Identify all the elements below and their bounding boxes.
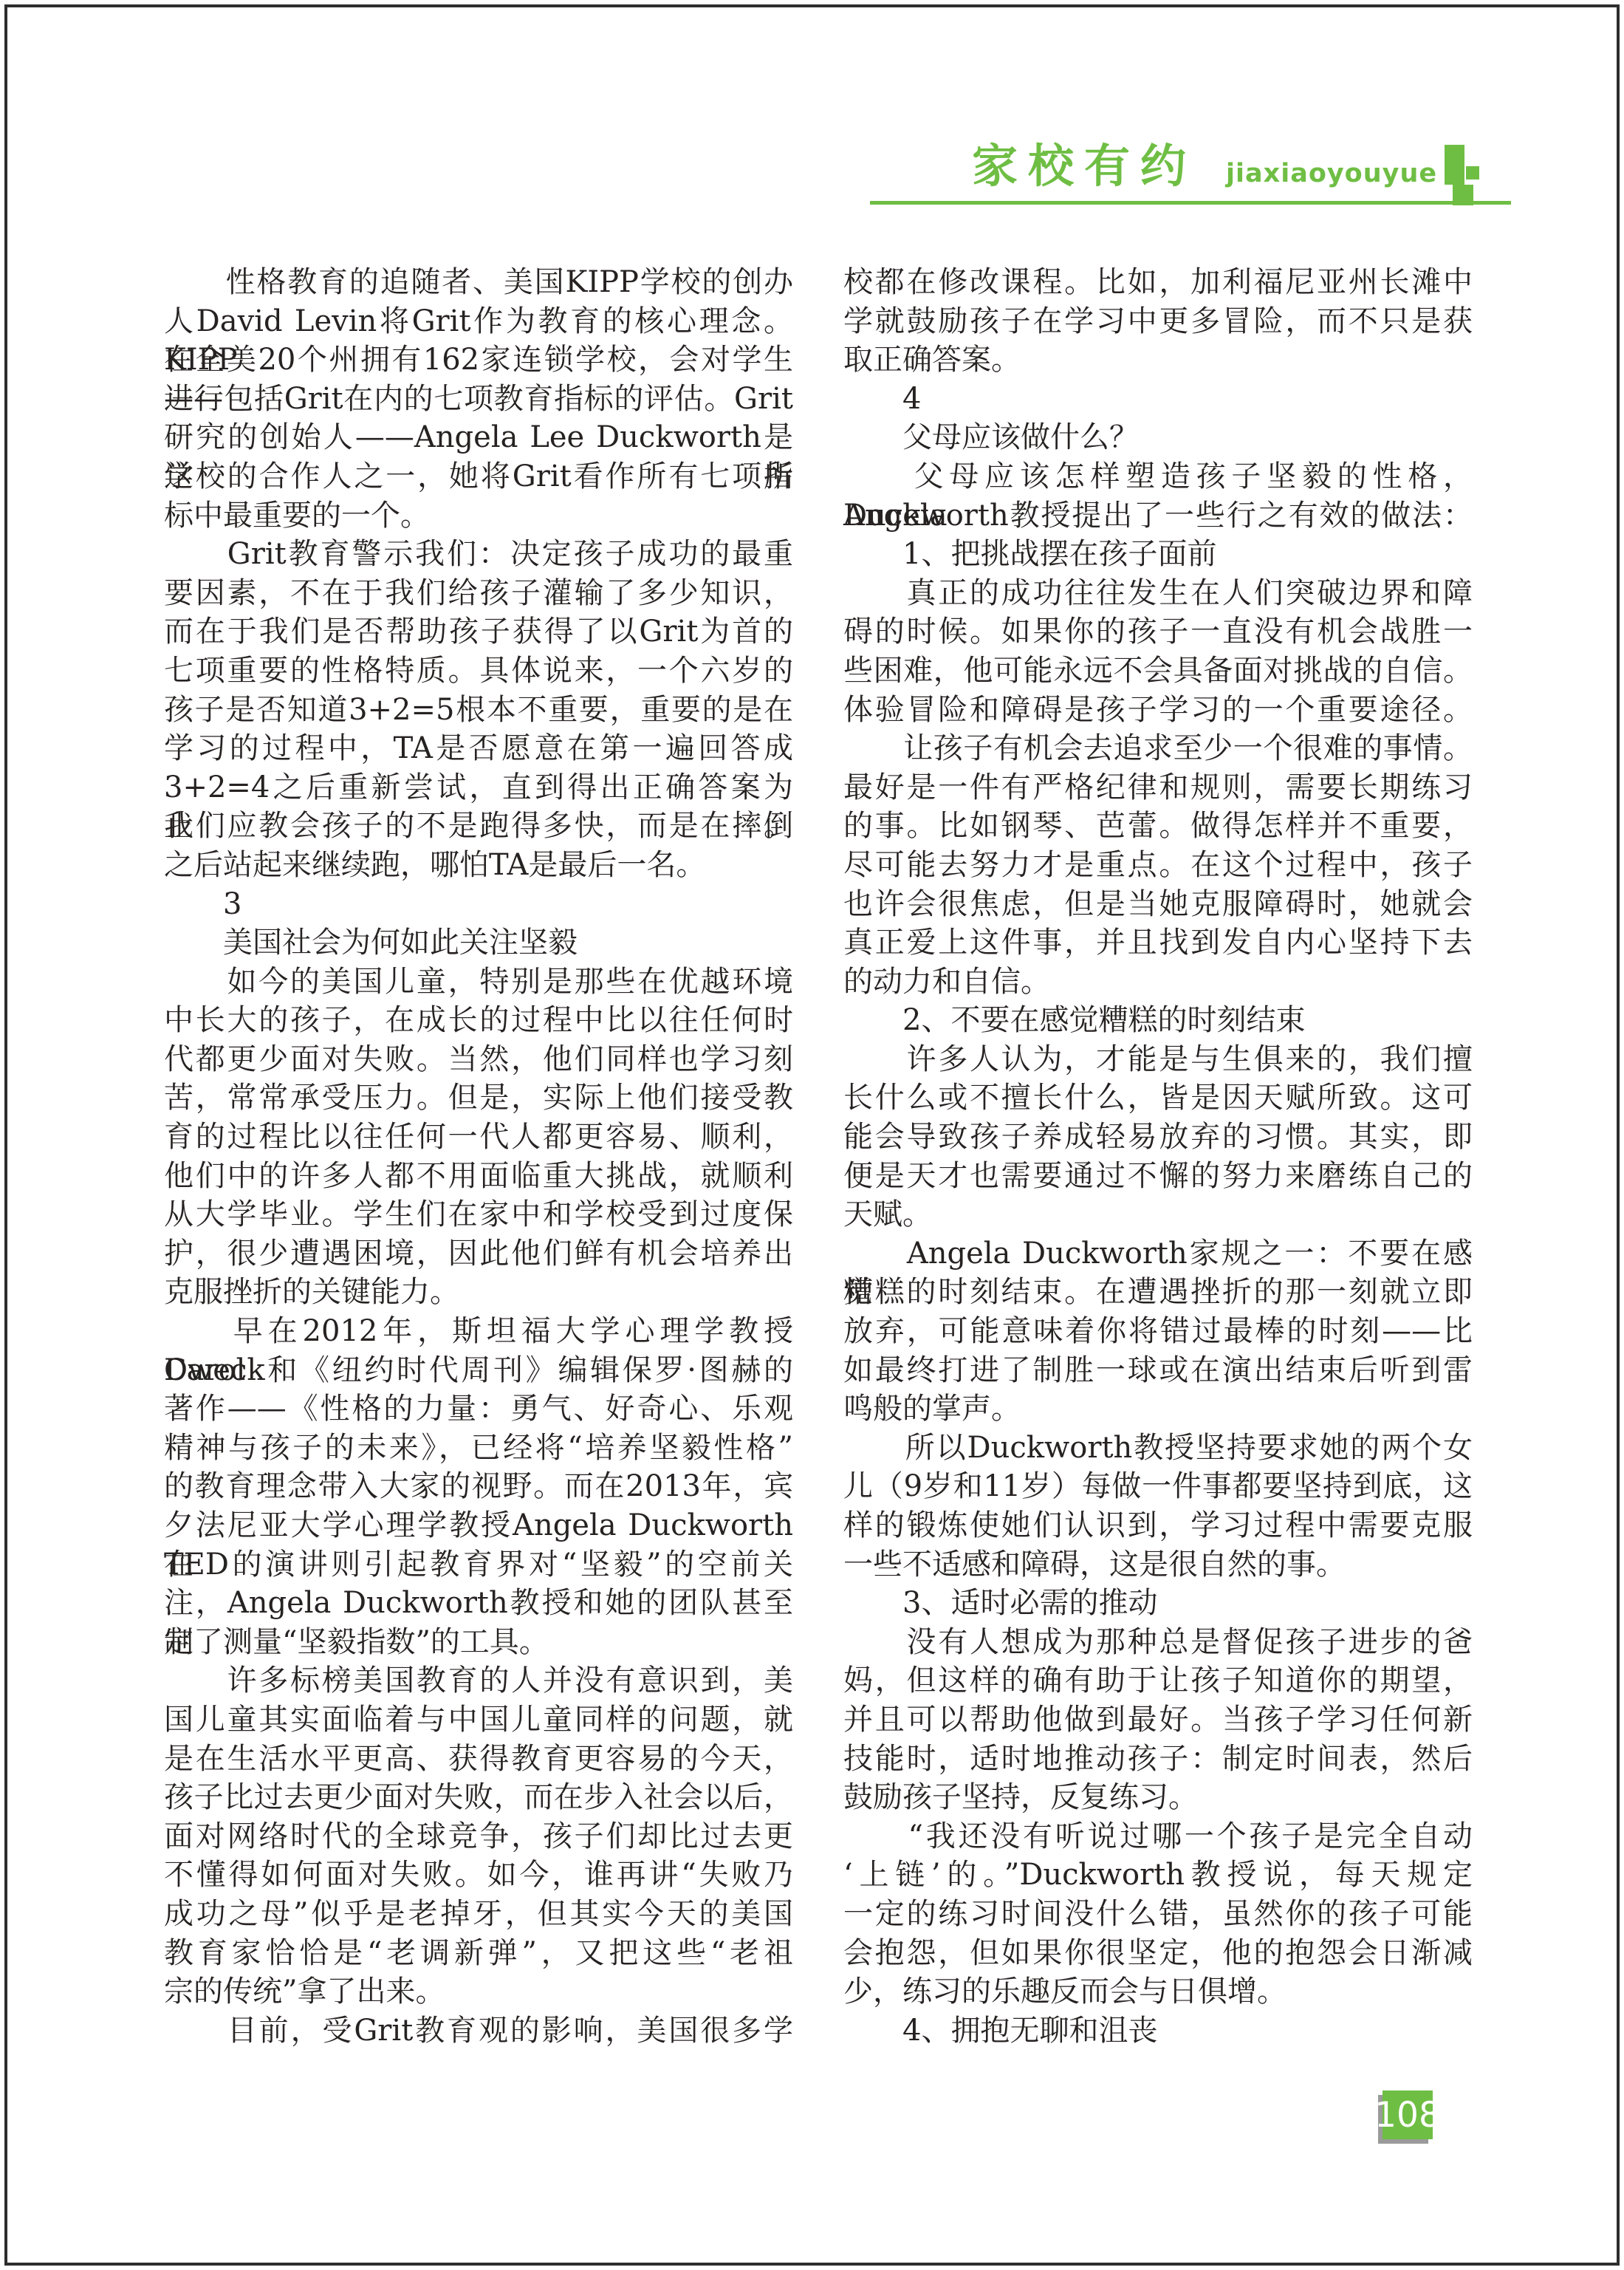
text-line: 4、拥抱无聊和沮丧: [843, 2011, 1473, 2051]
text-line: 样的锻炼使她们认识到，学习过程中需要克服: [843, 1506, 1473, 1545]
text-line: 教育家恰恰是“老调新弹”，又把这些“老祖: [164, 1934, 793, 1973]
text-line: 面对网络时代的全球竞争，孩子们却比过去更: [164, 1817, 793, 1856]
page-number: 108: [1374, 2098, 1441, 2133]
text-line: 少，练习的乐趣反而会与日俱增。: [843, 1972, 1473, 2011]
text-line: 孩子比过去更少面对失败，而在步入社会以后，: [164, 1778, 793, 1817]
text-line: 夕法尼亚大学心理学教授Angela Duckworth在: [164, 1506, 793, 1545]
text-line: 便是天才也需要通过不懈的努力来磨练自己的: [843, 1157, 1473, 1196]
text-line: 2、不要在感觉糟糕的时刻结束: [843, 1001, 1473, 1040]
text-line: 鸣般的掌声。: [843, 1389, 1473, 1429]
text-line: 如今的美国儿童，特别是那些在优越环境: [164, 963, 793, 1002]
page-title: 家校有约: [972, 143, 1196, 189]
page-number-badge: 108: [1383, 2090, 1433, 2139]
text-line: 注，Angela Duckworth教授和她的团队甚至制: [164, 1584, 793, 1623]
text-line: 长什么或不擅长什么，皆是因天赋所致。这可: [843, 1078, 1473, 1118]
text-line: 定了测量“坚毅指数”的工具。: [164, 1623, 793, 1662]
text-line: Duckworth教授提出了一些行之有效的做法：: [843, 496, 1473, 536]
text-line: 并且可以帮助他做到最好。当孩子学习任何新: [843, 1700, 1473, 1740]
text-line: 目前，受Grit教育观的影响，美国很多学: [164, 2011, 793, 2051]
text-line: 父母应该做什么？: [843, 418, 1473, 457]
text-line: 人David Levin将Grit作为教育的核心理念。KIPP: [164, 302, 793, 341]
text-line: 一定的练习时间没什么错，虽然你的孩子可能: [843, 1895, 1473, 1934]
text-line: 护，很少遭遇困境，因此他们鲜有机会培养出: [164, 1234, 793, 1274]
text-line: 精神与孩子的未来》，已经将“培养坚毅性格”: [164, 1429, 793, 1468]
text-line: TED的演讲则引起教育界对“坚毅”的空前关: [164, 1545, 793, 1584]
text-line: 放弃，可能意味着你将错过最棒的时刻——比: [843, 1312, 1473, 1351]
text-line: Grit教育警示我们：决定孩子成功的最重: [164, 535, 793, 574]
text-line: 之后站起来继续跑，哪怕TA是最后一名。: [164, 846, 793, 885]
text-line: 国儿童其实面临着与中国儿童同样的问题，就: [164, 1700, 793, 1740]
text-line: 能会导致孩子养成轻易放弃的习惯。其实，即: [843, 1118, 1473, 1157]
text-line: 会抱怨，但如果你很坚定，他的抱怨会日渐减: [843, 1934, 1473, 1973]
text-line: 孩子是否知道3+2=5根本不重要，重要的是在: [164, 691, 793, 730]
text-line: 宗的传统”拿了出来。: [164, 1972, 793, 2011]
text-line: 天赋。: [843, 1195, 1473, 1234]
text-line: 糟糕的时刻结束。在遭遇挫折的那一刻就立即: [843, 1273, 1473, 1312]
text-line: 不懂得如何面对失败。如今，谁再讲“失败乃: [164, 1856, 793, 1895]
text-line: 儿（9岁和11岁）每做一件事都要坚持到底，这: [843, 1467, 1473, 1506]
text-line: 在全美20个州拥有162家连锁学校，会对学生——: [164, 341, 793, 380]
text-line: 碍的时候。如果你的孩子一直没有机会战胜一: [843, 612, 1473, 652]
column-left: 性格教育的追随者、美国KIPP学校的创办人David Levin将Grit作为教…: [164, 263, 793, 2050]
page-header: 家校有约 jiaxiaoyouyue: [972, 143, 1437, 189]
text-line: 3: [164, 885, 793, 924]
text-line: 成功之母”似乎是老掉牙，但其实今天的美国: [164, 1895, 793, 1934]
page-subtitle: jiaxiaoyouyue: [1226, 160, 1437, 189]
text-line: 学校的合作人之一，她将Grit看作所有七项指: [164, 457, 793, 496]
text-line: 没有人想成为那种总是督促孩子进步的爸: [843, 1623, 1473, 1662]
text-line: 克服挫折的关键能力。: [164, 1273, 793, 1312]
text-line: 苦，常常承受压力。但是，实际上他们接受教: [164, 1078, 793, 1118]
text-line: 是在生活水平更高、获得教育更容易的今天，: [164, 1740, 793, 1779]
text-line: 代都更少面对失败。当然，他们同样也学习刻: [164, 1040, 793, 1079]
text-line: 从大学毕业。学生们在家中和学校受到过度保: [164, 1195, 793, 1234]
text-line: 父母应该怎样塑造孩子坚毅的性格，Angela: [843, 457, 1473, 496]
text-line: 育的过程比以往任何一代人都更容易、顺利，: [164, 1118, 793, 1157]
text-line: 他们中的许多人都不用面临重大挑战，就顺利: [164, 1157, 793, 1196]
text-line: 著作——《性格的力量：勇气、好奇心、乐观: [164, 1389, 793, 1429]
text-line: 如最终打进了制胜一球或在演出结束后听到雷: [843, 1351, 1473, 1390]
text-line: 1、把挑战摆在孩子面前: [843, 535, 1473, 574]
text-line: 3、适时必需的推动: [843, 1584, 1473, 1623]
text-line: 美国社会为何如此关注坚毅: [164, 923, 793, 963]
text-line: 中长大的孩子，在成长的过程中比以往任何时: [164, 1001, 793, 1040]
pixel-blocks-icon: [1439, 145, 1487, 204]
text-line: 鼓励孩子坚持，反复练习。: [843, 1778, 1473, 1817]
column-right: 校都在修改课程。比如，加利福尼亚州长滩中学就鼓励孩子在学习中更多冒险，而不只是获…: [843, 263, 1473, 2050]
text-line: 研究的创始人——Angela Lee Duckworth是这所: [164, 418, 793, 457]
text-line: 技能时，适时地推动孩子：制定时间表，然后: [843, 1740, 1473, 1779]
text-line: 学习的过程中，TA是否愿意在第一遍回答成: [164, 729, 793, 768]
text-line: “我还没有听说过哪一个孩子是完全自动: [843, 1817, 1473, 1856]
text-line: 的教育理念带入大家的视野。而在2013年，宾: [164, 1467, 793, 1506]
text-line: 最好是一件有严格纪律和规则，需要长期练习: [843, 768, 1473, 807]
text-line: 许多标榜美国教育的人并没有意识到，美: [164, 1661, 793, 1700]
text-line: 进行包括Grit在内的七项教育指标的评估。Grit: [164, 380, 793, 419]
text-line: 许多人认为，才能是与生俱来的，我们擅: [843, 1040, 1473, 1079]
text-line: 4: [843, 380, 1473, 419]
text-line: 3+2=4之后重新尝试，直到得出正确答案为止。: [164, 768, 793, 807]
text-line: 真正的成功往往发生在人们突破边界和障: [843, 574, 1473, 613]
text-line: Dweck和《纽约时代周刊》编辑保罗·图赫的: [164, 1351, 793, 1390]
text-line: 早在2012年，斯坦福大学心理学教授Carol: [164, 1312, 793, 1351]
text-line: 体验冒险和障碍是孩子学习的一个重要途径。: [843, 691, 1473, 730]
text-line: 尽可能去努力才是重点。在这个过程中，孩子: [843, 846, 1473, 885]
text-line: 我们应教会孩子的不是跑得多快，而是在摔倒: [164, 807, 793, 846]
text-line: 也许会很焦虑，但是当她克服障碍时，她就会: [843, 885, 1473, 924]
text-line: 标中最重要的一个。: [164, 496, 793, 536]
text-line: 真正爱上这件事，并且找到发自内心坚持下去: [843, 923, 1473, 963]
text-line: 的动力和自信。: [843, 963, 1473, 1002]
text-line: 要因素，不在于我们给孩子灌输了多少知识，: [164, 574, 793, 613]
text-line: 学就鼓励孩子在学习中更多冒险，而不只是获: [843, 302, 1473, 341]
text-line: 些困难，他可能永远不会具备面对挑战的自信。: [843, 652, 1473, 691]
text-line: 性格教育的追随者、美国KIPP学校的创办: [164, 263, 793, 302]
text-line: Angela Duckworth家规之一：不要在感觉: [843, 1234, 1473, 1274]
text-line: 所以Duckworth教授坚持要求她的两个女: [843, 1429, 1473, 1468]
text-line: 取正确答案。: [843, 341, 1473, 380]
text-line: ‘上链’的。”Duckworth教授说，每天规定: [843, 1856, 1473, 1895]
text-line: 七项重要的性格特质。具体说来，一个六岁的: [164, 652, 793, 691]
text-line: 的事。比如钢琴、芭蕾。做得怎样并不重要，: [843, 807, 1473, 846]
header-rule: [870, 201, 1511, 205]
text-line: 一些不适感和障碍，这是很自然的事。: [843, 1545, 1473, 1584]
text-line: 校都在修改课程。比如，加利福尼亚州长滩中: [843, 263, 1473, 302]
text-line: 而在于我们是否帮助孩子获得了以Grit为首的: [164, 612, 793, 652]
text-line: 妈，但这样的确有助于让孩子知道你的期望，: [843, 1661, 1473, 1700]
text-line: 让孩子有机会去追求至少一个很难的事情。: [843, 729, 1473, 768]
